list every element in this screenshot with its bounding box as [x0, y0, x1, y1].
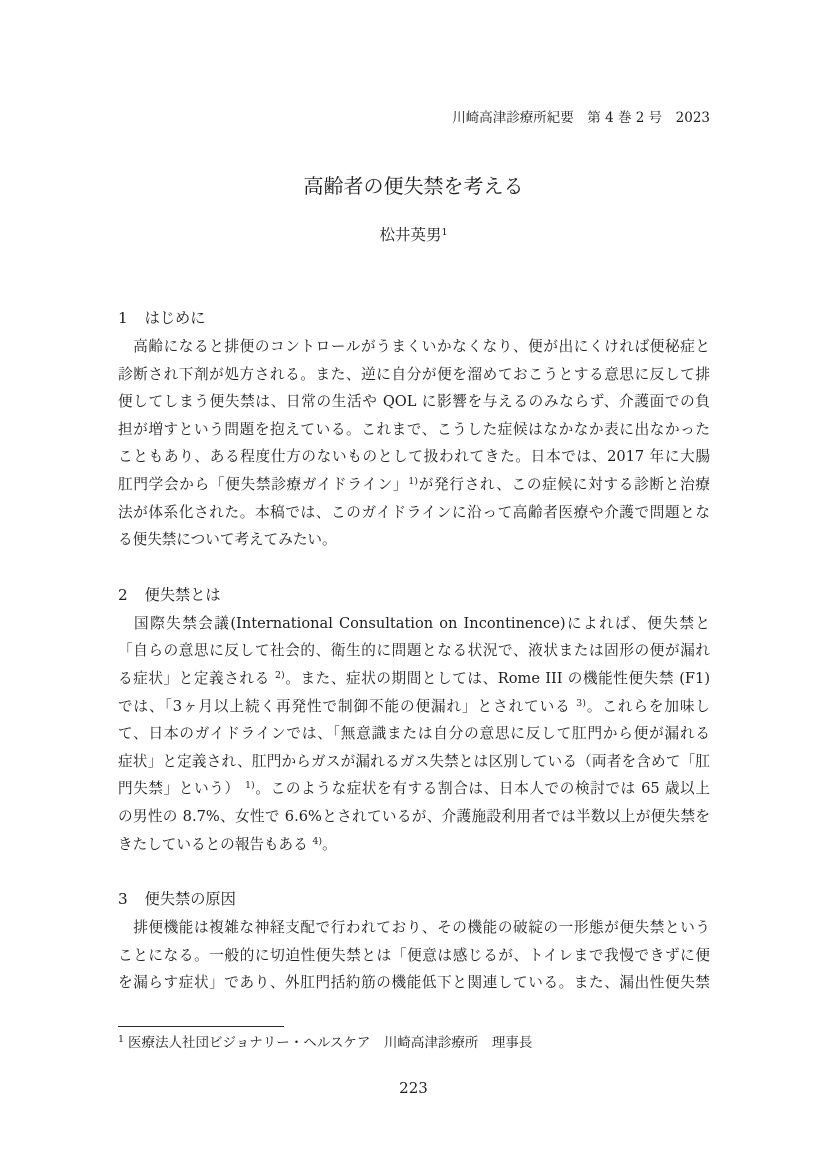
section-number: 2 [118, 581, 128, 610]
section-heading: 3便失禁の原因 [118, 885, 710, 914]
citation-superscript: 1) [245, 780, 255, 791]
text-line: 門失禁」という） 1)。このような症状を有する割合は、日本人での検討では 65 … [118, 775, 710, 803]
section-body: 排便機能は複雑な神経支配で行われており、その機能の破綻の一形態が便失禁ということ… [118, 914, 710, 997]
text-line: こともあり、ある程度仕方のないものとして扱われてきた。日本では、2017 年に大… [118, 443, 710, 471]
section-title: 便失禁の原因 [145, 890, 236, 908]
text-line: ことになる。一般的に切迫性便失禁とは「便意は感じるが、トイレまで我慢できずに便 [118, 942, 710, 970]
section-number: 3 [118, 885, 128, 914]
footnote-divider [118, 1026, 284, 1027]
text-line: て、日本のガイドラインでは、「無意識または自分の意思に反して肛門から便が漏れる [118, 720, 710, 748]
text-line: 排便機能は複雑な神経支配で行われており、その機能の破綻の一形態が便失禁という [118, 914, 710, 942]
section-body: 国際失禁会議(International Consultation on Inc… [118, 610, 710, 858]
text-line: る症状」と定義される 2)。また、症状の期間としては、Rome III の機能性… [118, 665, 710, 693]
footnote: 1医療法人社団ビジョナリー・ヘルスケア 川崎高津診療所 理事長 [118, 1034, 710, 1053]
document-page: 川崎高津診療所紀要 第 4 巻 2 号 2023 高齢者の便失禁を考える 松井英… [0, 0, 827, 1170]
citation-superscript: 3) [576, 698, 586, 709]
text-line: 肛門学会から「便失禁診療ガイドライン」1)が発行され、この症候に対する診断と治療 [118, 471, 710, 499]
paper-title: 高齢者の便失禁を考える [0, 170, 827, 199]
text-line: きたしているとの報告もある 4)。 [118, 831, 710, 859]
section-title: はじめに [145, 309, 206, 327]
text-line: 症状」と定義され、肛門からガスが漏れるガス失禁とは区別している（両者を含めて「肛 [118, 748, 710, 776]
section-heading: 1はじめに [118, 304, 710, 333]
footnote-text: 医療法人社団ビジョナリー・ヘルスケア 川崎高津診療所 理事長 [128, 1035, 532, 1051]
text-line: 国際失禁会議(International Consultation on Inc… [118, 610, 710, 638]
section: 3便失禁の原因 排便機能は複雑な神経支配で行われており、その機能の破綻の一形態が… [118, 885, 710, 997]
text-line: る便失禁について考えてみたい。 [118, 526, 710, 554]
text-line: の男性の 8.7%、女性で 6.6%とされているが、介護施設利用者では半数以上が… [118, 803, 710, 831]
text-line: では、「3ヶ月以上続く再発性で制御不能の便漏れ」とされている 3)。これらを加味… [118, 693, 710, 721]
text-line: を漏らす症状」であり、外肛門括約筋の機能低下と関連している。また、漏出性便失禁 [118, 969, 710, 997]
text-line: 高齢になると排便のコントロールがうまくいかなくなり、便が出にくければ便秘症と [118, 333, 710, 361]
citation-superscript: 4) [312, 836, 322, 847]
text-line: 担が増すという問題を抱えている。これまで、こうした症候はなかなか表に出なかった [118, 416, 710, 444]
author-footnote-ref: 1 [441, 227, 447, 238]
paper-body: 1はじめに 高齢になると排便のコントロールがうまくいかなくなり、便が出にくければ… [118, 304, 710, 997]
author-line: 松井英男1 [0, 226, 827, 245]
text-line: 便してしまう便失禁は、日常の生活や QOL に影響を与えるのみならず、介護面での… [118, 388, 710, 416]
text-line: 「自らの意思に反して社会的、衛生的に問題となる状況で、液状または固形の便が漏れ [118, 637, 710, 665]
section-number: 1 [118, 304, 128, 333]
section: 1はじめに 高齢になると排便のコントロールがうまくいかなくなり、便が出にくければ… [118, 304, 710, 554]
text-line: 診断され下剤が処方される。また、逆に自分が便を溜めておこうとする意思に反して排 [118, 361, 710, 389]
author-name: 松井英男 [379, 226, 441, 244]
citation-superscript: 2) [275, 670, 285, 681]
text-line: 法が体系化された。本稿では、このガイドラインに沿って高齢者医療や介護で問題とな [118, 499, 710, 527]
footnote-marker: 1 [118, 1034, 124, 1045]
journal-header: 川崎高津診療所紀要 第 4 巻 2 号 2023 [452, 110, 710, 127]
citation-superscript: 1) [408, 476, 418, 487]
section-title: 便失禁とは [145, 586, 221, 604]
page-number: 223 [0, 1079, 827, 1097]
section-body: 高齢になると排便のコントロールがうまくいかなくなり、便が出にくければ便秘症と診断… [118, 333, 710, 554]
section-heading: 2便失禁とは [118, 581, 710, 610]
section: 2便失禁とは 国際失禁会議(International Consultation… [118, 581, 710, 858]
